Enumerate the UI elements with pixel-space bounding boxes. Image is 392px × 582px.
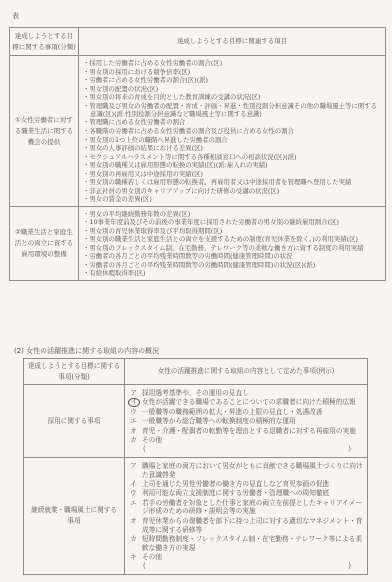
related-item: ・男女別の職種若しくは雇用形態の転換者、再雇用者又は中途採用者を管理職へ登用した… [83,178,381,186]
category-cell: ②職業生活と家庭生活との両立に資する雇用環境の整備 [10,207,79,281]
item-text: その他 [142,436,363,445]
category-cell: 継続就業・職場風土に関する事項 [24,458,125,575]
related-item: ・男女の賃金の差異(区) [83,195,381,203]
scanned-document-page: 表 達成しようとする目標に関する事項(分類) 達成しようとする目標に関連する項目… [0,0,392,582]
initiative-item: ア職場と家庭の両方において男女がともに貢献できる職場風土づくりに向けた意識啓発 [130,462,363,480]
blank-fill-in-field: () [130,562,363,572]
initiative-item: キその他 [130,553,363,562]
initiative-item: エ若手の労働者を対象とした仕事と家庭の両立を前提としたキャリアイメージ形成のため… [130,499,363,517]
item-text: 利用可能な両立支援制度に関する労働者・管理職への周知徹底 [142,489,363,498]
table2-group-row: 継続就業・職場風土に関する事項ア職場と家庭の両方において男女がともに貢献できる職… [24,458,368,575]
initiative-item: オ育児・介護・配偶者の転勤等を理由とする退職者に対する再雇用の実施 [130,427,363,436]
item-marker: キ [130,553,142,562]
initiatives-overview-table: 達成しようとする目標に関する事項(分類) 女性の活躍推進に関する取組の内容として… [23,358,368,575]
related-item: ・男女別の1つ上位の職階へ昇進した労働者の割合 [83,136,381,144]
table2-group-row: 採用に関する事項ア採用選考基準や、その運用の見直しイ女性が活躍できる職場であるこ… [24,385,368,458]
goal-related-items-table: 達成しようとする目標に関する事項(分類) 達成しようとする目標に関連する項目 ①… [9,27,386,281]
related-item: ・各職階の労働者に占める女性労働者の割合及び役員に占める女性の割合 [83,127,381,135]
related-item: ・男女別のフレックスタイム制、在宅勤務、テレワーク等の柔軟な働き方に資する制度の… [83,244,381,252]
related-item: ・有給休暇取得率(区) [83,269,381,277]
table2-header-initiatives: 女性の活躍推進に関する取組の内容として定めた事項(例示) [125,359,368,385]
related-item: ・非正社員の男女別のキャリアアップに向けた研修の受講の状況(区) [83,187,381,195]
item-text: その他 [142,553,363,562]
item-marker: カ [130,535,142,553]
item-text: 採用選考基準や、その運用の見直し [142,389,363,398]
item-text: 育児休業からの復職者を部下に持つ上司に対する適切なマネジメント・育成等に関する研… [142,517,363,535]
related-item: ・労働者の各月ごとの平均残業時間数等の労働時間(健康管理時間)の状況 [83,252,381,260]
item-text: 短時間勤務制度・フレックスタイム制・在宅勤務・テレワーク等による柔軟な働き方の実… [142,535,363,553]
related-item: ・管理職及び男女の労働者の配置・育成・評価・昇進・性別役割分担意識その他の職場風… [83,102,381,118]
item-marker: オ [130,517,142,535]
open-paren: ( [143,562,146,571]
item-marker: イ [130,480,142,489]
category-cell: ①女性労働者に対する職業生活に関する機会の提供 [10,56,79,207]
initiative-item: ウ一般職等の職務範囲の拡大・昇進の上限の見直し・処遇改善 [130,408,363,417]
related-item: ・男女別の採用における競争倍率(区) [83,68,381,76]
initiative-items-cell: ア職場と家庭の両方において男女がともに貢献できる職場風土づくりに向けた意識啓発イ… [125,458,368,575]
item-marker: オ [130,427,142,436]
initiative-item: ウ利用可能な両立支援制度に関する労働者・管理職への周知徹底 [130,489,363,498]
item-marker: ア [130,389,142,398]
item-text: 一般職等から総合職等への転換制度の積極的な運用 [142,417,363,426]
item-marker: ウ [130,489,142,498]
initiative-item: オ育児休業からの復職者を部下に持つ上司に対する適切なマネジメント・育成等に関する… [130,517,363,535]
item-text: 職場と家庭の両方において男女がともに貢献できる職場風土づくりに向けた意識啓発 [142,462,363,480]
item-text: 一般職等の職務範囲の拡大・昇進の上限の見直し・処遇改善 [142,408,363,417]
item-text: 女性が活躍できる職場であることについての求職者に向けた積極的広報 [142,398,363,408]
table1-group-row: ①女性労働者に対する職業生活に関する機会の提供・採用した労働者に占める女性労働者… [10,56,386,207]
related-item: ・男女別の職業生活と家庭生活との両立を支援するための制度(育児休業を除く。)の利… [83,235,381,243]
initiative-item: カ短時間勤務制度・フレックスタイム制・在宅勤務・テレワーク等による柔軟な働き方の… [130,535,363,553]
item-marker: ウ [130,408,142,417]
table-caption: 表 [12,13,19,20]
initiative-item: ア採用選考基準や、その運用の見直し [130,389,363,398]
close-paren: ) [348,445,351,454]
table2-header-category: 達成しようとする目標に関する事項(分類) [24,359,125,385]
related-item: ・管理職に占める女性労働者の割合 [83,118,381,126]
item-marker: カ [130,436,142,445]
related-item: ・セクシュアルハラスメント等に関する各種相談窓口への相談状況(区)(派) [83,153,381,161]
related-item: ・労働者の各月ごとの平均残業時間数等の労働時間(健康管理時間)の状況(区)(派) [83,261,381,269]
item-text: 若手の労働者を対象とした仕事と家庭の両立を前提としたキャリアイメージ形成のための… [142,499,363,517]
related-item: ・男女の平均継続勤務年数の差異(区) [83,210,381,218]
related-item: ・採用した労働者に占める女性労働者の割合(区) [83,59,381,67]
item-marker: ア [130,462,142,480]
section2-title: (2) 女性の活躍推進に関する取組の内容の概況 [14,348,159,355]
related-item: ・男女別の再雇用又は中途採用の実績(区) [83,170,381,178]
related-item: ・男女別の将来の育成を目的とした教育訓練の受講の状況(区) [83,93,381,101]
related-item: ・労働者に占める女性労働者の割合(区)(派) [83,76,381,84]
table2-header-row: 達成しようとする目標に関する事項(分類) 女性の活躍推進に関する取組の内容として… [24,359,368,385]
related-items-cell: ・採用した労働者に占める女性労働者の割合(区)・男女別の採用における競争倍率(区… [79,56,386,207]
table1-header-category: 達成しようとする目標に関する事項(分類) [10,28,79,56]
related-item: ・男女別の職種又は雇用形態の転換の実績(区)(派:雇入れの実績) [83,161,381,169]
category-cell: 採用に関する事項 [24,385,125,458]
table1-header-related-items: 達成しようとする目標に関連する項目 [79,28,386,56]
related-item: ・男女の人事評価の結果における差異(区) [83,144,381,152]
initiative-item: イ上司を通じた男性労働者の働き方の見直しなど育児参画の促進 [130,480,363,489]
related-item: ・男女別の育児休業取得率及び平均取得期間(区) [83,227,381,235]
initiative-items-cell: ア採用選考基準や、その運用の見直しイ女性が活躍できる職場であることについての求職… [125,385,368,458]
item-marker: エ [130,499,142,517]
close-paren: ) [348,562,351,571]
table1-header-row: 達成しようとする目標に関する事項(分類) 達成しようとする目標に関連する項目 [10,28,386,56]
related-items-cell: ・男女の平均継続勤務年数の差異(区)・10事業年度前及びその前後の事業年度に採用… [79,207,386,281]
item-marker: イ [130,398,142,408]
initiative-item: イ女性が活躍できる職場であることについての求職者に向けた積極的広報 [130,398,363,408]
related-item: ・10事業年度前及びその前後の事業年度に採用された労働者の男女別の継続雇用割合(… [83,218,381,226]
open-paren: ( [143,445,146,454]
initiative-item: カその他 [130,436,363,445]
item-text: 上司を通じた男性労働者の働き方の見直しなど育児参画の促進 [142,480,363,489]
circled-marker: イ [128,398,140,408]
blank-fill-in-field: () [130,445,363,455]
table1-group-row: ②職業生活と家庭生活との両立に資する雇用環境の整備・男女の平均継続勤務年数の差異… [10,207,386,281]
initiative-item: エ一般職等から総合職等への転換制度の積極的な運用 [130,417,363,426]
item-marker: エ [130,417,142,426]
related-item: ・男女別の配置の状況(区) [83,85,381,93]
item-text: 育児・介護・配偶者の転勤等を理由とする退職者に対する再雇用の実施 [142,427,363,436]
